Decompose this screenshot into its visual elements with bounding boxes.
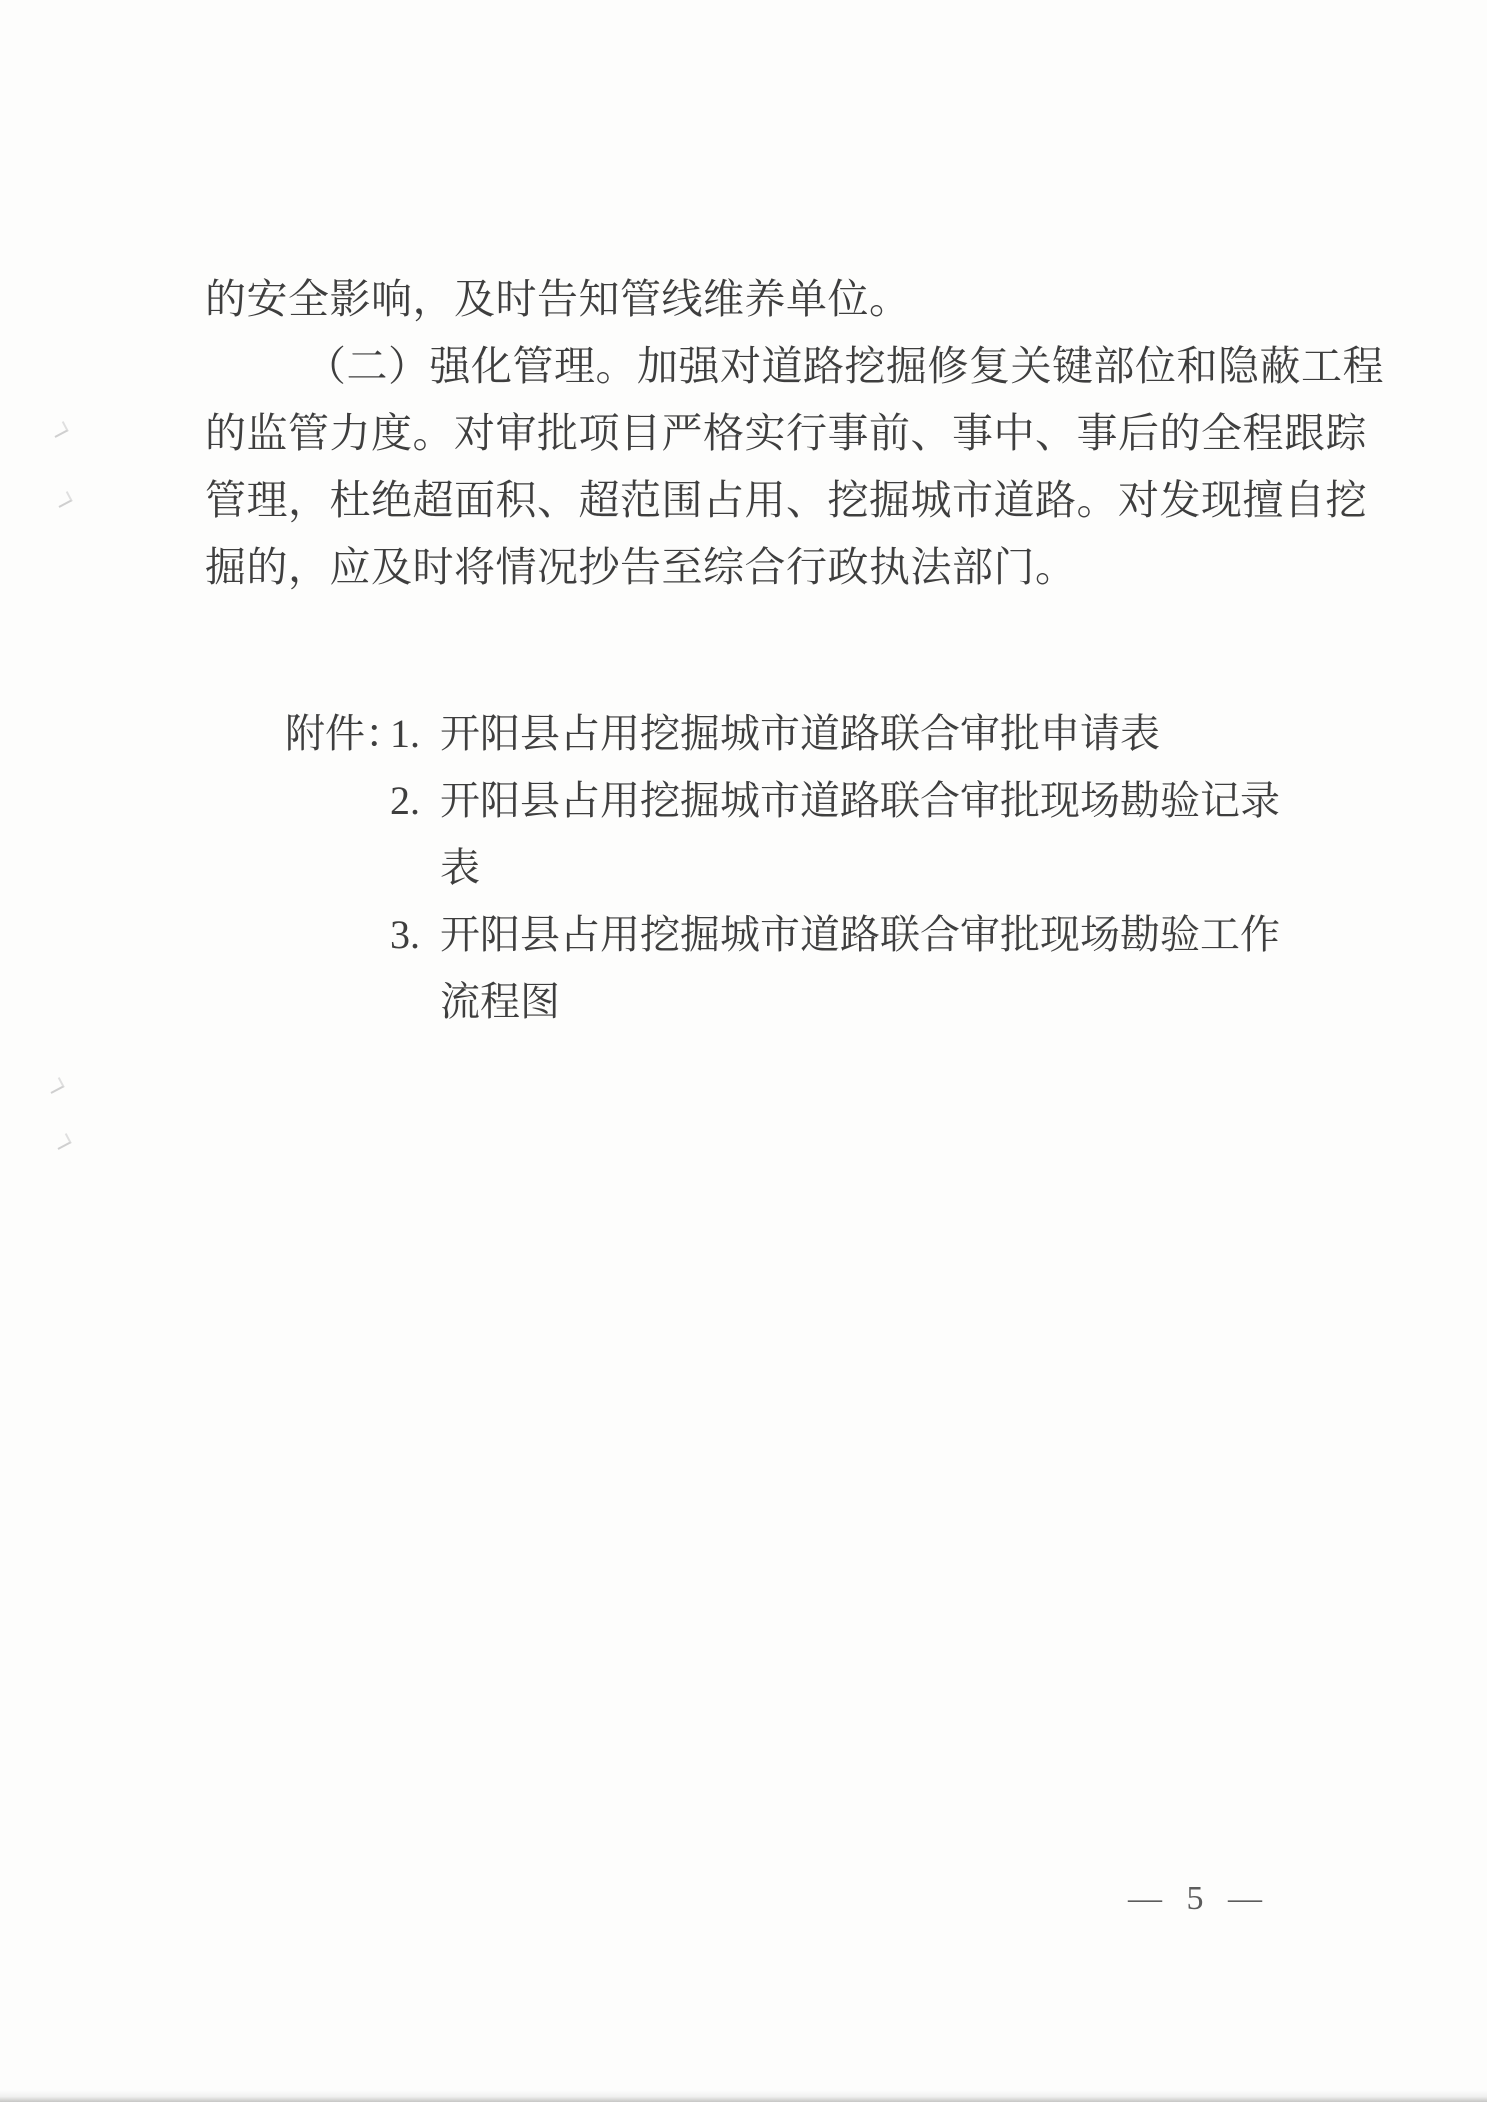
- attachment-number: 3.: [390, 901, 440, 968]
- margin-scan-mark: [46, 1077, 64, 1094]
- scanned-document-page: 的安全影响，及时告知管线维养单位。 （二）强化管理。加强对道路挖掘修复关键部位和…: [0, 0, 1487, 2102]
- attachment-item: 附件： 1. 开阳县占用挖掘城市道路联合审批申请表: [285, 700, 1280, 767]
- scan-edge-shadow: [0, 2090, 1487, 2102]
- attachment-title-line: 表: [440, 834, 1280, 901]
- attachment-title: 开阳县占用挖掘城市道路联合审批现场勘验工作 流程图: [440, 901, 1280, 1035]
- margin-scan-mark: [53, 1133, 71, 1150]
- body-line: 的安全影响，及时告知管线维养单位。: [205, 266, 1330, 333]
- attachment-title-line: 流程图: [440, 968, 1280, 1035]
- attachment-item: 3. 开阳县占用挖掘城市道路联合审批现场勘验工作 流程图: [285, 901, 1280, 1035]
- body-line: 管理，杜绝超面积、超范围占用、挖掘城市道路。对发现擅自挖: [205, 467, 1330, 534]
- attachment-title: 开阳县占用挖掘城市道路联合审批现场勘验记录 表: [440, 767, 1280, 901]
- margin-scan-mark: [50, 421, 68, 438]
- attachment-title: 开阳县占用挖掘城市道路联合审批申请表: [440, 700, 1160, 767]
- attachments-label: 附件：: [285, 700, 390, 767]
- body-line: 的监管力度。对审批项目严格实行事前、事中、事后的全程跟踪: [205, 400, 1330, 467]
- body-text: 的安全影响，及时告知管线维养单位。 （二）强化管理。加强对道路挖掘修复关键部位和…: [205, 266, 1330, 601]
- attachment-number: 2.: [390, 767, 440, 834]
- attachment-title-line: 开阳县占用挖掘城市道路联合审批现场勘验工作: [440, 901, 1280, 968]
- attachment-title-line: 开阳县占用挖掘城市道路联合审批现场勘验记录: [440, 767, 1280, 834]
- attachments-list: 附件： 1. 开阳县占用挖掘城市道路联合审批申请表 2. 开阳县占用挖掘城市道路…: [285, 700, 1280, 1035]
- attachment-number: 1.: [390, 700, 440, 767]
- attachment-item: 2. 开阳县占用挖掘城市道路联合审批现场勘验记录 表: [285, 767, 1280, 901]
- body-line: 掘的，应及时将情况抄告至综合行政执法部门。: [205, 534, 1330, 601]
- margin-scan-mark: [54, 491, 72, 508]
- body-line: （二）强化管理。加强对道路挖掘修复关键部位和隐蔽工程: [205, 333, 1330, 400]
- attachment-title-line: 开阳县占用挖掘城市道路联合审批申请表: [440, 700, 1160, 767]
- page-number: — 5 —: [1128, 1880, 1270, 1918]
